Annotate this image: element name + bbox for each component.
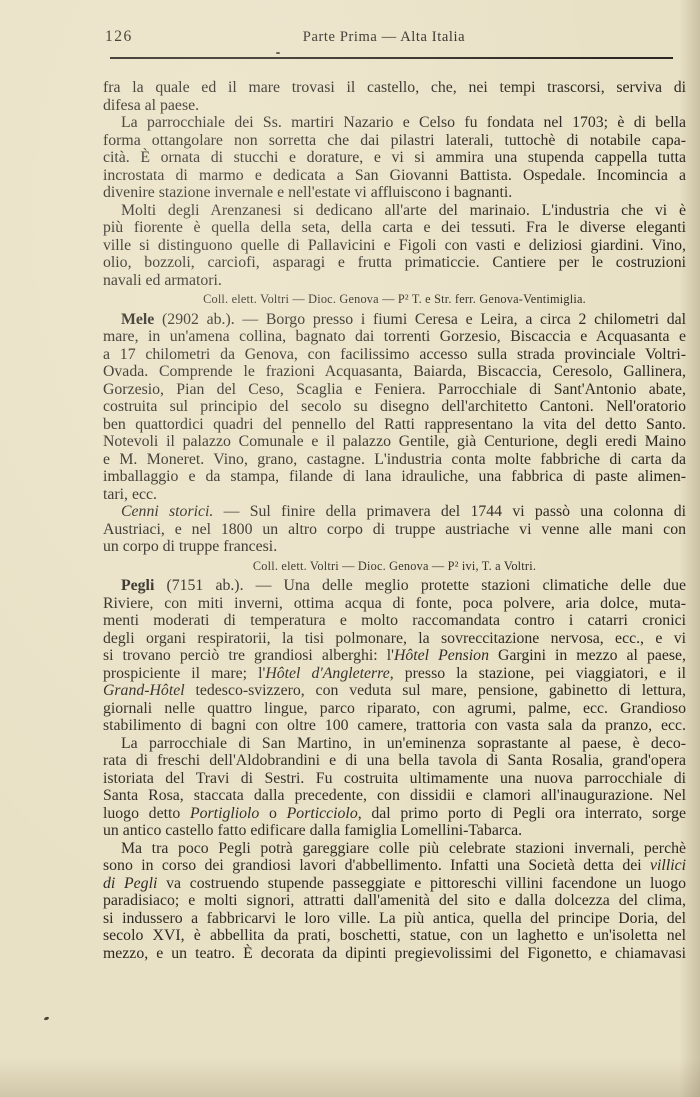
text-line: Ovada. Comprende le frazioni Acquasanta,…: [103, 363, 686, 381]
text-line: degli organi respiratorii, la tisi polmo…: [103, 630, 686, 648]
text-line: Santa Rosa, staccata dalla precedente, c…: [103, 787, 686, 805]
footnote-line: Coll. elett. Voltri — Dioc. Genova — P² …: [103, 559, 686, 574]
footnote-line: Coll. elett. Voltri — Dioc. Genova — P² …: [103, 292, 686, 307]
text-line: rata di freschi dell'Aldobrandini e di u…: [103, 752, 686, 770]
text-line: un antico castello fatto edificare dalla…: [103, 822, 686, 840]
text-line: La parrocchiale dei Ss. martiri Nazario …: [103, 114, 686, 132]
text-line: Grand-Hôtel tedesco-svizzero, con veduta…: [103, 682, 686, 700]
text-line: Austriaci, e nel 1800 un altro corpo di …: [103, 521, 686, 539]
text-line: ville si distinguono quelle di Pallavici…: [103, 237, 686, 255]
header-rule: [110, 57, 673, 59]
book-page: 126 Parte Prima — Alta Italia fra la qua…: [0, 0, 700, 1097]
text-line: secolo XVI, è abbellita da prati, bosche…: [103, 927, 686, 945]
text-line: imballaggio e da stampa, filande di lana…: [103, 468, 686, 486]
page-body: fra la quale ed il mare trovasi il caste…: [103, 79, 686, 962]
text-line: Ma tra poco Pegli potrà gareggiare colle…: [103, 840, 686, 858]
text-line: paradisiaco; e molti signori, attratti d…: [103, 892, 686, 910]
text-line: si trovano perciò tre grandiosi alberghi…: [103, 647, 686, 665]
text-line: menti moderati di temperatura e molto ra…: [103, 612, 686, 630]
text-line: costruita sul principio del secolo su di…: [103, 398, 686, 416]
text-line: più fiorente è quella della seta, della …: [103, 219, 686, 237]
page-header: 126 Parte Prima — Alta Italia: [103, 28, 685, 48]
text-line: difesa al paese.: [103, 97, 686, 115]
text-line: Cenni storici. — Sul finire della primav…: [103, 503, 686, 521]
text-line: Mele (2902 ab.). — Borgo presso i fiumi …: [103, 311, 686, 329]
text-line: Molti degli Arenzanesi si dedicano all'a…: [103, 202, 686, 220]
text-line: sono in corso dei grandiosi lavori d'abb…: [103, 857, 686, 875]
ink-speck: [44, 1016, 50, 1021]
text-line: incrostata di marmo e dedicata a San Gio…: [103, 167, 686, 185]
text-line: stabilimento di bagni con oltre 100 came…: [103, 717, 686, 735]
ink-speck: [276, 52, 280, 54]
text-line: si indussero a fabbricarvi le loro ville…: [103, 910, 686, 928]
text-line: Pegli (7151 ab.). — Una delle meglio pro…: [103, 577, 686, 595]
text-line: un corpo di truppe francesi.: [103, 538, 686, 556]
text-line: olio, bozzoli, carciofi, asparagi e frut…: [103, 254, 686, 272]
text-line: prospiciente il mare; l'Hôtel d'Angleter…: [103, 665, 686, 683]
text-line: tari, ecc.: [103, 486, 686, 504]
text-line: fra la quale ed il mare trovasi il caste…: [103, 79, 686, 97]
text-line: giornali nelle quattro lingue, parco rip…: [103, 700, 686, 718]
text-line: e M. Moneret. Vino, grano, castagne. L'i…: [103, 451, 686, 469]
text-line: luogo detto Portigliolo o Porticciolo, d…: [103, 805, 686, 823]
text-line: forma ottangolare non sorretta che dai p…: [103, 132, 686, 150]
text-line: a 17 chilometri da Genova, con facilissi…: [103, 346, 686, 364]
text-line: istoriata del Travi di Sestri. Fu costru…: [103, 770, 686, 788]
text-line: La parrocchiale di San Martino, in un'em…: [103, 735, 686, 753]
text-line: ben quattordici quadri del pennello del …: [103, 416, 686, 434]
text-line: Gorzesio, Pian del Ceso, Scaglia e Fenie…: [103, 381, 686, 399]
text-line: di Pegli va costruendo stupende passeggi…: [103, 875, 686, 893]
text-line: cità. È ornata di stucchi e dorature, e …: [103, 149, 686, 167]
text-line: mare, in un'amena collina, bagnato dai t…: [103, 328, 686, 346]
text-line: mezzo, e un teatro. È decorata da dipint…: [103, 945, 686, 963]
text-line: Riviere, con miti inverni, ottima acqua …: [103, 595, 686, 613]
text-line: divenire stazione invernale e nell'estat…: [103, 184, 686, 202]
running-title: Parte Prima — Alta Italia: [93, 29, 675, 46]
text-line: Notevoli il palazzo Comunale e il palazz…: [103, 433, 686, 451]
text-line: navali ed armatori.: [103, 272, 686, 290]
